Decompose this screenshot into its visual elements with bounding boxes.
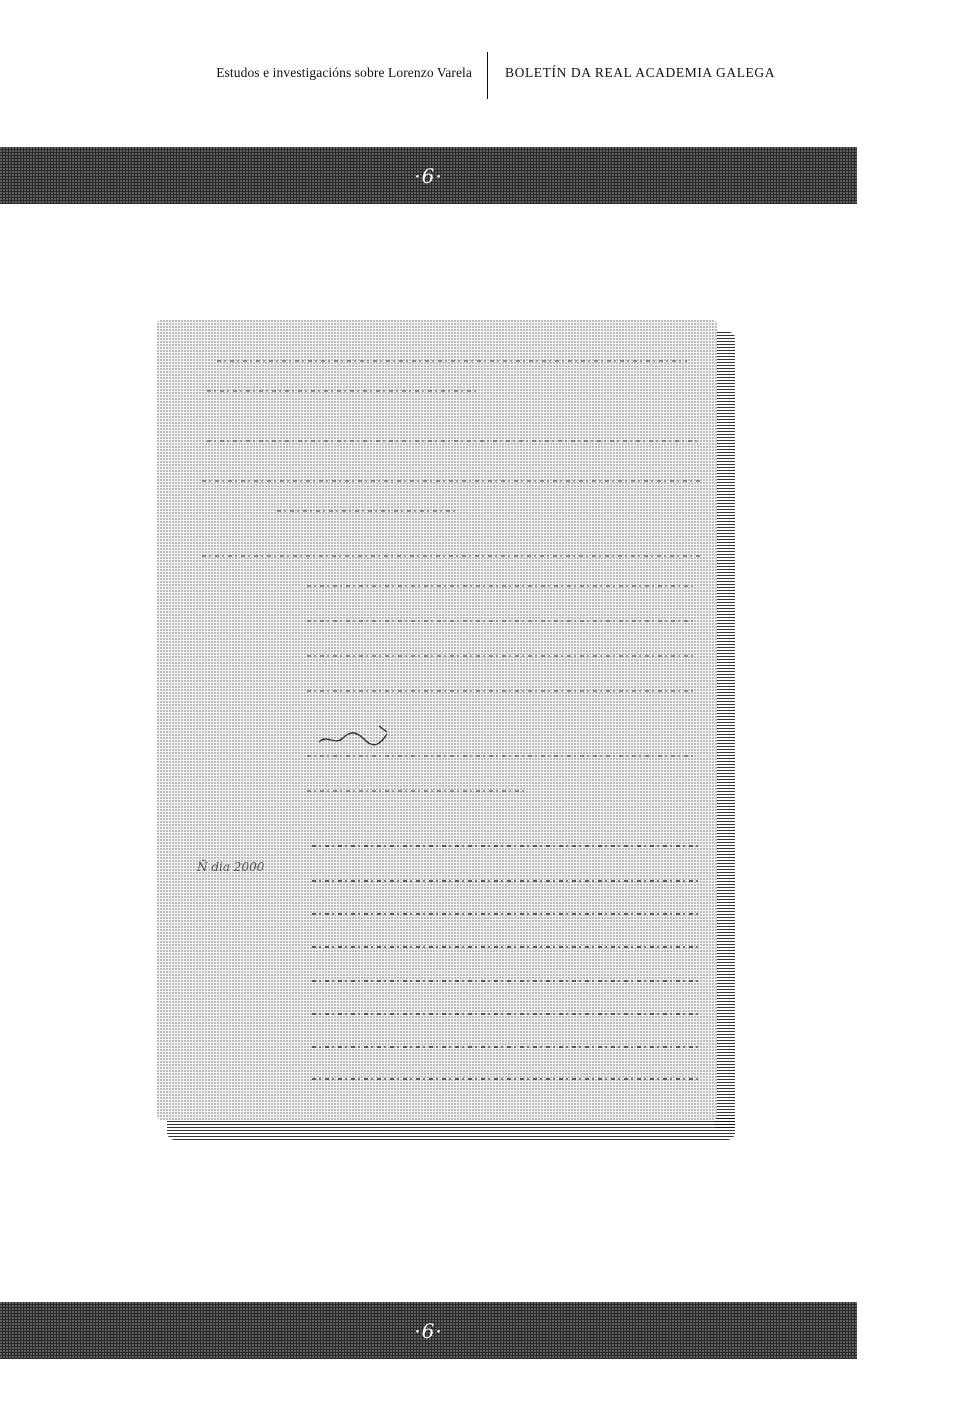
handwriting-line — [207, 440, 697, 442]
page-number-band-bottom: ·6· — [0, 1302, 857, 1359]
handwriting-line — [307, 690, 697, 692]
handwriting-line — [307, 790, 527, 792]
handwriting-line — [312, 946, 702, 948]
handwriting-line — [312, 980, 702, 982]
handwriting-line — [307, 655, 697, 657]
handwriting-line — [202, 555, 702, 557]
figure-shadow-bottom — [167, 1118, 735, 1140]
handwriting-line — [307, 585, 697, 587]
signature-scribble — [317, 720, 397, 750]
running-head-section-title: Estudos e investigacións sobre Lorenzo V… — [216, 65, 472, 81]
manuscript-figure: Ñ dia 2000 — [157, 320, 735, 1140]
running-head-divider — [487, 52, 488, 99]
figure-shadow-right — [715, 332, 735, 1130]
handwriting-line — [307, 620, 697, 622]
page-number-band-top: ·6· — [0, 147, 857, 204]
handwriting-line — [277, 510, 457, 512]
running-head-journal-title: BOLETÍN DA REAL ACADEMIA GALEGA — [505, 65, 775, 81]
handwriting-line — [312, 845, 702, 847]
manuscript-image: Ñ dia 2000 — [157, 320, 717, 1120]
handwriting-line — [217, 360, 687, 362]
handwriting-line — [312, 1078, 702, 1080]
page-number-bottom: ·6· — [0, 1319, 857, 1343]
page-number-top: ·6· — [0, 164, 857, 188]
handwriting-line — [312, 880, 702, 882]
handwriting-line — [207, 390, 477, 392]
handwriting-line — [312, 1013, 702, 1015]
handwriting-line — [312, 1046, 702, 1048]
handwriting-line — [312, 913, 702, 915]
running-head: Estudos e investigacións sobre Lorenzo V… — [0, 52, 975, 100]
margin-note: Ñ dia 2000 — [197, 860, 264, 874]
handwriting-line — [307, 755, 697, 757]
handwriting-line — [202, 480, 702, 482]
